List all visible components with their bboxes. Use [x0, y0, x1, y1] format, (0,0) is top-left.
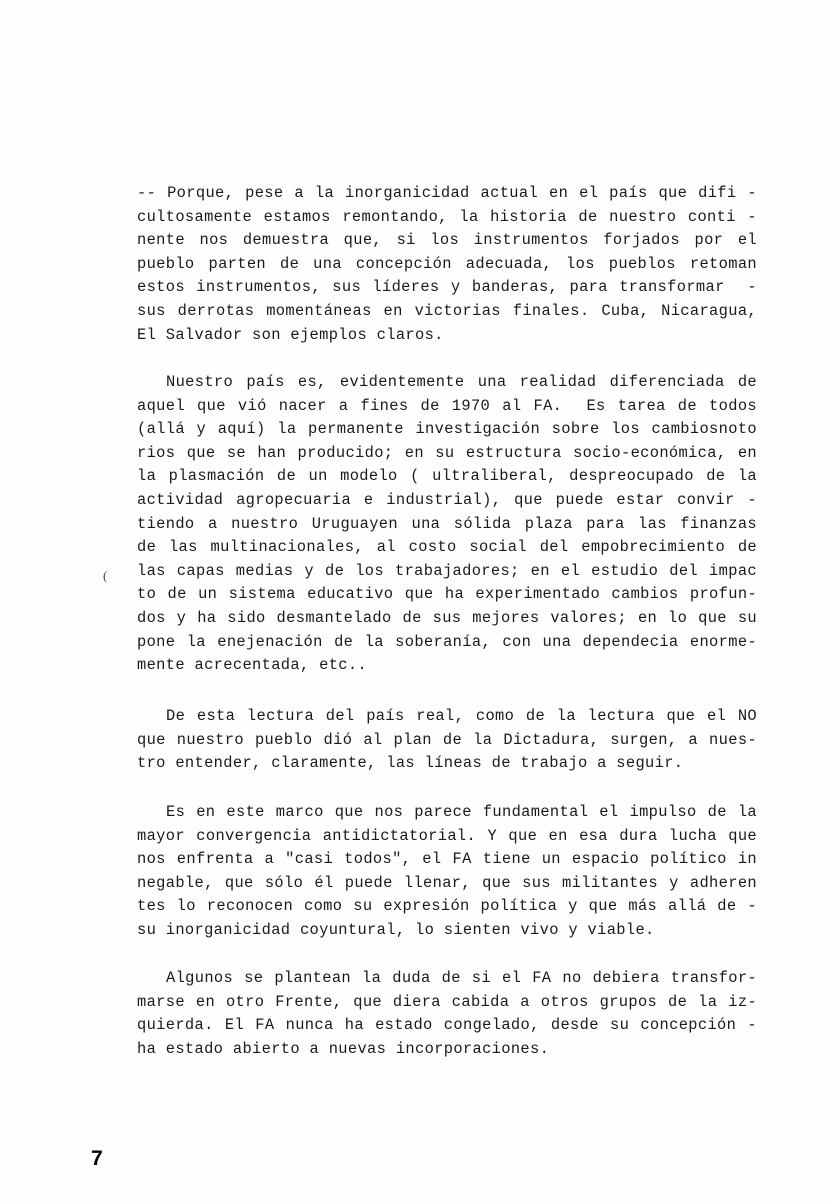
document-page: -- Porque, pese a la inorganicidad actua…: [0, 0, 838, 1202]
paragraph-4: Es en este marco que nos parece fundamen…: [137, 801, 757, 943]
text-line: De esta lectura del país real, como de l…: [137, 705, 757, 729]
margin-mark: (: [103, 568, 107, 584]
text-line: nente nos demuestra que, si los instrume…: [137, 229, 757, 253]
text-line: la plasmación de un modelo ( ultralibera…: [137, 465, 757, 489]
text-line: mayor convergencia antidictatorial. Y qu…: [137, 825, 757, 849]
text-line: -- Porque, pese a la inorganicidad actua…: [137, 182, 757, 206]
text-line: rios que se han producido; en su estruct…: [137, 442, 757, 466]
text-line: Es en este marco que nos parece fundamen…: [137, 801, 757, 825]
text-line: to de un sistema educativo que ha experi…: [137, 583, 757, 607]
text-line: El Salvador son ejemplos claros.: [137, 324, 757, 348]
text-line: aquel que vió nacer a fines de 1970 al F…: [137, 395, 757, 419]
text-line: Nuestro país es, evidentemente una reali…: [137, 371, 757, 395]
text-line: tiendo a nuestro Uruguayen una sólida pl…: [137, 513, 757, 537]
text-line: pone la enejenación de la soberanía, con…: [137, 631, 757, 655]
text-line: dos y ha sido desmantelado de sus mejore…: [137, 607, 757, 631]
text-line: quierda. El FA nunca ha estado congelado…: [137, 1014, 757, 1038]
text-line: Algunos se plantean la duda de si el FA …: [137, 967, 757, 991]
text-line: estos instrumentos, sus líderes y bander…: [137, 276, 757, 300]
text-line: mente acrecentada, etc..: [137, 654, 757, 678]
text-line: las capas medias y de los trabajadores; …: [137, 560, 757, 584]
text-line: tro entender, claramente, las líneas de …: [137, 752, 757, 776]
paragraph-1: -- Porque, pese a la inorganicidad actua…: [137, 182, 757, 347]
text-line: que nuestro pueblo dió al plan de la Dic…: [137, 729, 757, 753]
text-line: negable, que sólo él puede llenar, que s…: [137, 872, 757, 896]
text-line: su inorganicidad coyuntural, lo sienten …: [137, 919, 757, 943]
text-line: marse en otro Frente, que diera cabida a…: [137, 991, 757, 1015]
text-line: ha estado abierto a nuevas incorporacion…: [137, 1038, 757, 1062]
text-line: de las multinacionales, al costo social …: [137, 536, 757, 560]
page-number: 7: [91, 1147, 103, 1171]
paragraph-3: De esta lectura del país real, como de l…: [137, 705, 757, 776]
text-line: tes lo reconocen como su expresión polít…: [137, 895, 757, 919]
text-line: nos enfrenta a "casi todos", el FA tiene…: [137, 848, 757, 872]
text-line: pueblo parten de una concepción adecuada…: [137, 253, 757, 277]
paragraph-5: Algunos se plantean la duda de si el FA …: [137, 967, 757, 1061]
text-line: cultosamente estamos remontando, la hist…: [137, 206, 757, 230]
text-line: actividad agropecuaria e industrial), qu…: [137, 489, 757, 513]
paragraph-2: Nuestro país es, evidentemente una reali…: [137, 371, 757, 678]
text-line: (allá y aquí) la permanente investigació…: [137, 418, 757, 442]
text-line: sus derrotas momentáneas en victorias fi…: [137, 300, 757, 324]
